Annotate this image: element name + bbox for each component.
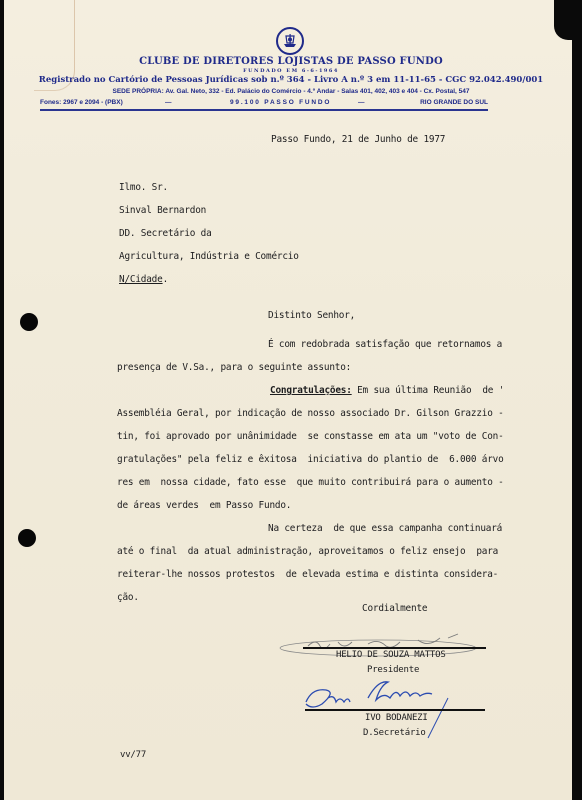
ship-emblem-icon <box>276 27 304 55</box>
recipient-title: Ilmo. Sr. <box>119 182 168 193</box>
state: RIO GRANDE DO SUL <box>420 99 488 106</box>
recipient-role: DD. Secretário da <box>119 228 212 239</box>
recipient-name: Sinval Bernardon <box>119 205 206 216</box>
signatory-name: HELIO DE SOUZA MATTOS <box>336 650 446 660</box>
letterhead-rule <box>40 109 488 111</box>
signature-line <box>305 709 485 711</box>
paragraph-3-line: até o final da atual administração, apro… <box>117 546 498 557</box>
recipient-department: Agricultura, Indústria e Comércio <box>119 251 299 262</box>
paragraph-1-line: É com redobrada satisfação que retornamo… <box>268 339 502 350</box>
paragraph-2-line: gratulações" pela feliz e êxitosa inicia… <box>117 454 504 465</box>
torn-corner <box>554 0 572 40</box>
paragraph-3-line: ção. <box>117 592 139 603</box>
letter-paper <box>4 0 572 800</box>
paragraph-1-line: presença de V.Sa., para o seguinte assun… <box>117 362 351 373</box>
greeting: Distinto Senhor, <box>268 310 355 321</box>
paragraph-2-line: res em nossa cidade, fato esse que muito… <box>117 477 504 488</box>
city-zip: 99.100 PASSO FUNDO <box>230 99 331 106</box>
paragraph-2-line: Congratulações: Em sua última Reunião de… <box>270 385 504 396</box>
phone-numbers: Fones: 2967 e 2094 - (PBX) <box>40 99 123 106</box>
punch-hole-top <box>20 313 38 331</box>
address-line: SEDE PRÓPRIA: Av. Gal. Neto, 332 - Ed. P… <box>0 88 582 95</box>
paragraph-3-line: Na certeza de que essa campanha continua… <box>268 523 502 534</box>
signatory-title: Presidente <box>367 665 419 675</box>
contact-line: Fones: 2967 e 2094 - (PBX) — 99.100 PASS… <box>40 99 488 109</box>
closing: Cordialmente <box>362 603 427 614</box>
organization-name: CLUBE DE DIRETORES LOJISTAS DE PASSO FUN… <box>0 56 582 67</box>
paragraph-2-line: Assembléia Geral, por indicação de nosso… <box>117 408 504 419</box>
signatory-name: IVO BODANEZI <box>365 713 428 723</box>
punch-hole-bottom <box>18 529 36 547</box>
paragraph-3-line: reiterar-lhe nossos protestos de elevada… <box>117 569 498 580</box>
founded-date: FUNDADO EM 6-6-1964 <box>0 68 582 74</box>
recipient-location: N/Cidade. <box>119 274 168 285</box>
separator: — <box>165 99 172 106</box>
paragraph-2-line: de áreas verdes em Passo Fundo. <box>117 500 291 511</box>
date-line: Passo Fundo, 21 de Junho de 1977 <box>271 134 445 145</box>
signatory-title: D.Secretário <box>363 728 426 738</box>
subject-heading: Congratulações: <box>270 385 352 396</box>
reference-initials: vv/77 <box>120 750 146 760</box>
paragraph-2-line: tin, foi aprovado por unânimidade se con… <box>117 431 504 442</box>
separator: — <box>358 99 365 106</box>
registration-line: Registrado no Cartório de Pessoas Jurídi… <box>0 75 582 85</box>
signature-line <box>303 647 486 649</box>
